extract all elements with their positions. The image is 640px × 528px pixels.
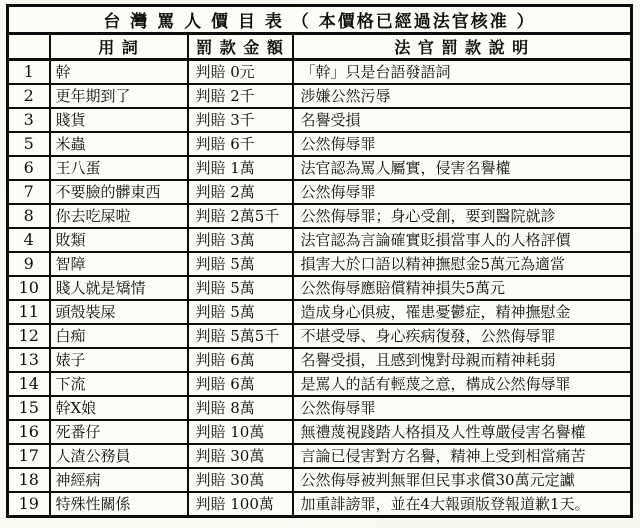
row-term: 死番仔	[50, 420, 188, 444]
row-fine: 判賠 5萬5千	[188, 324, 293, 348]
row-fine: 判賠 30萬	[188, 468, 293, 492]
row-fine: 判賠 2萬	[188, 180, 293, 204]
table-body: 1 幹 判賠 0元 「幹」只是台語發語詞 2 更年期到了 判賠 2千 涉嫌公然污…	[8, 60, 632, 517]
table-row: 8 你去吃屎啦 判賠 2萬5千 公然侮辱罪；身心受創，要到醫院就診	[8, 204, 632, 228]
row-number: 19	[8, 492, 50, 517]
row-explanation: 言論已侵害對方名譽，精神上受到相當痛苦	[293, 444, 632, 468]
row-number: 5	[8, 132, 50, 156]
row-term: 幹	[50, 60, 188, 85]
row-fine: 判賠 5萬	[188, 276, 293, 300]
table-row: 13 婊子 判賠 6萬 名譽受損，且感到愧對母親而精神耗弱	[8, 348, 632, 372]
row-fine: 判賠 8萬	[188, 396, 293, 420]
row-number: 17	[8, 444, 50, 468]
row-term: 賤人就是矯情	[50, 276, 188, 300]
table-row: 5 米蟲 判賠 6千 公然侮辱罪	[8, 132, 632, 156]
row-number: 9	[8, 252, 50, 276]
row-explanation: 「幹」只是台語發語詞	[293, 60, 632, 85]
row-fine: 判賠 3萬	[188, 228, 293, 252]
row-fine: 判賠 2萬5千	[188, 204, 293, 228]
table-row: 2 更年期到了 判賠 2千 涉嫌公然污辱	[8, 84, 632, 108]
table-row: 17 人渣公務員 判賠 30萬 言論已侵害對方名譽，精神上受到相當痛苦	[8, 444, 632, 468]
scanned-document-page: 台 灣 罵 人 價 目 表 （ 本價格已經過法官核准 ） 用 詞 罰 款 金 額…	[0, 0, 640, 528]
row-number: 11	[8, 300, 50, 324]
row-number: 3	[8, 108, 50, 132]
row-term: 王八蛋	[50, 156, 188, 180]
row-number: 2	[8, 84, 50, 108]
row-fine: 判賠 0元	[188, 60, 293, 85]
row-explanation: 加重誹謗罪，並在4大報頭版登報道歉1天。	[293, 492, 632, 517]
row-fine: 判賠 5萬	[188, 252, 293, 276]
row-fine: 判賠 6萬	[188, 372, 293, 396]
row-term: 不要臉的髒東西	[50, 180, 188, 204]
row-explanation: 法官認為言論確實貶損當事人的人格評價	[293, 228, 632, 252]
row-fine: 判賠 1萬	[188, 156, 293, 180]
col-header-term: 用 詞	[50, 34, 188, 60]
row-fine: 判賠 2千	[188, 84, 293, 108]
row-term: 米蟲	[50, 132, 188, 156]
table-row: 16 死番仔 判賠 10萬 無禮蔑視踐踏人格損及人性尊嚴侵害名譽權	[8, 420, 632, 444]
table-row: 7 不要臉的髒東西 判賠 2萬 公然侮辱罪	[8, 180, 632, 204]
row-number: 16	[8, 420, 50, 444]
table-row: 15 幹X娘 判賠 8萬 公然侮辱罪	[8, 396, 632, 420]
row-fine: 判賠 100萬	[188, 492, 293, 517]
row-term: 人渣公務員	[50, 444, 188, 468]
row-explanation: 是罵人的話有輕蔑之意，構成公然侮辱罪	[293, 372, 632, 396]
table-row: 14 下流 判賠 6萬 是罵人的話有輕蔑之意，構成公然侮辱罪	[8, 372, 632, 396]
row-number: 18	[8, 468, 50, 492]
table-row: 3 賤貨 判賠 3千 名譽受損	[8, 108, 632, 132]
table-row: 19 特殊性關係 判賠 100萬 加重誹謗罪，並在4大報頭版登報道歉1天。	[8, 492, 632, 517]
table-row: 4 敗類 判賠 3萬 法官認為言論確實貶損當事人的人格評價	[8, 228, 632, 252]
row-explanation: 公然侮辱罪；身心受創，要到醫院就診	[293, 204, 632, 228]
col-header-number	[8, 34, 50, 60]
row-explanation: 法官認為罵人屬實，侵害名譽權	[293, 156, 632, 180]
row-explanation: 公然侮辱罪	[293, 396, 632, 420]
table-row: 1 幹 判賠 0元 「幹」只是台語發語詞	[8, 60, 632, 85]
row-explanation: 造成身心俱疲，罹患憂鬱症，精神撫慰金	[293, 300, 632, 324]
row-fine: 判賠 6萬	[188, 348, 293, 372]
insult-price-table: 台 灣 罵 人 價 目 表 （ 本價格已經過法官核准 ） 用 詞 罰 款 金 額…	[6, 4, 633, 518]
row-explanation: 名譽受損，且感到愧對母親而精神耗弱	[293, 348, 632, 372]
row-number: 10	[8, 276, 50, 300]
row-number: 1	[8, 60, 50, 85]
row-number: 13	[8, 348, 50, 372]
row-explanation: 名譽受損	[293, 108, 632, 132]
row-explanation: 公然侮辱罪	[293, 180, 632, 204]
row-number: 8	[8, 204, 50, 228]
row-number: 14	[8, 372, 50, 396]
row-number: 12	[8, 324, 50, 348]
row-term: 下流	[50, 372, 188, 396]
table-row: 9 智障 判賠 5萬 損害大於口語以精神撫慰金5萬元為適當	[8, 252, 632, 276]
row-explanation: 損害大於口語以精神撫慰金5萬元為適當	[293, 252, 632, 276]
row-explanation: 無禮蔑視踐踏人格損及人性尊嚴侵害名譽權	[293, 420, 632, 444]
row-number: 7	[8, 180, 50, 204]
row-fine: 判賠 10萬	[188, 420, 293, 444]
table-row: 12 白痴 判賠 5萬5千 不堪受辱、身心疾病復發，公然侮辱罪	[8, 324, 632, 348]
row-term: 婊子	[50, 348, 188, 372]
row-term: 幹X娘	[50, 396, 188, 420]
row-fine: 判賠 3千	[188, 108, 293, 132]
col-header-explanation: 法 官 罰 款 說 明	[293, 34, 632, 60]
row-number: 6	[8, 156, 50, 180]
row-term: 智障	[50, 252, 188, 276]
table-row: 18 神經病 判賠 30萬 公然侮辱被判無罪但民事求償30萬元定讞	[8, 468, 632, 492]
table-row: 10 賤人就是矯情 判賠 5萬 公然侮辱應賠償精神損失5萬元	[8, 276, 632, 300]
row-fine: 判賠 5萬	[188, 300, 293, 324]
row-number: 15	[8, 396, 50, 420]
table-row: 11 頭殼裝屎 判賠 5萬 造成身心俱疲，罹患憂鬱症，精神撫慰金	[8, 300, 632, 324]
row-number: 4	[8, 228, 50, 252]
header-row: 用 詞 罰 款 金 額 法 官 罰 款 說 明	[8, 34, 632, 60]
row-term: 你去吃屎啦	[50, 204, 188, 228]
title-row: 台 灣 罵 人 價 目 表 （ 本價格已經過法官核准 ）	[8, 6, 632, 34]
row-term: 頭殼裝屎	[50, 300, 188, 324]
row-explanation: 公然侮辱罪	[293, 132, 632, 156]
row-term: 特殊性關係	[50, 492, 188, 517]
row-explanation: 涉嫌公然污辱	[293, 84, 632, 108]
row-fine: 判賠 6千	[188, 132, 293, 156]
row-term: 白痴	[50, 324, 188, 348]
row-fine: 判賠 30萬	[188, 444, 293, 468]
row-term: 敗類	[50, 228, 188, 252]
row-term: 賤貨	[50, 108, 188, 132]
row-explanation: 公然侮辱應賠償精神損失5萬元	[293, 276, 632, 300]
table-row: 6 王八蛋 判賠 1萬 法官認為罵人屬實，侵害名譽權	[8, 156, 632, 180]
row-explanation: 不堪受辱、身心疾病復發，公然侮辱罪	[293, 324, 632, 348]
table-title: 台 灣 罵 人 價 目 表 （ 本價格已經過法官核准 ）	[8, 6, 632, 34]
row-explanation: 公然侮辱被判無罪但民事求償30萬元定讞	[293, 468, 632, 492]
col-header-fine: 罰 款 金 額	[188, 34, 293, 60]
row-term: 更年期到了	[50, 84, 188, 108]
row-term: 神經病	[50, 468, 188, 492]
